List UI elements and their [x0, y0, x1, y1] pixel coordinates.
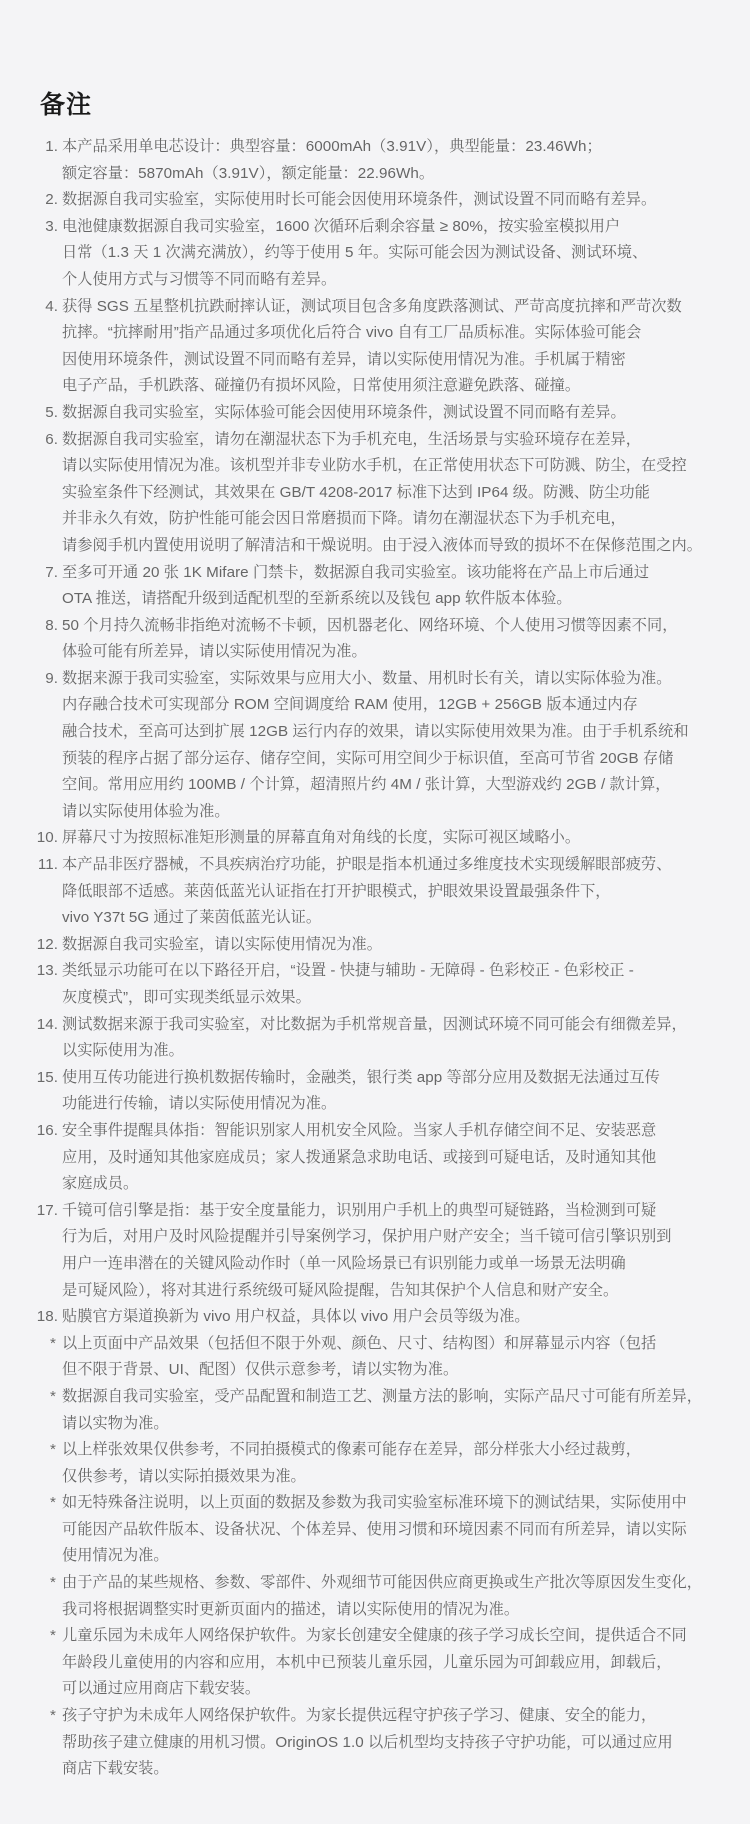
numbered-note-item: 7.至多可开通 20 张 1K Mifare 门禁卡，数据源自我司实验室。该功能…	[0, 560, 750, 613]
note-text-line: 如无特殊备注说明，以上页面的数据及参数为我司实验室标准环境下的测试结果，实际使用…	[62, 1490, 740, 1517]
asterisk-marker: *	[0, 1331, 56, 1358]
numbered-note-item: 13.类纸显示功能可在以下路径开启，“设置 - 快捷与辅助 - 无障碍 - 色彩…	[0, 958, 750, 1011]
footnote-item: *以上页面中产品效果（包括但不限于外观、颜色、尺寸、结构图）和屏幕显示内容（包括…	[0, 1331, 750, 1384]
page-title: 备注	[40, 85, 92, 125]
note-number: 16.	[0, 1118, 58, 1145]
note-text-line: 使用互传功能进行换机数据传输时，金融类，银行类 app 等部分应用及数据无法通过…	[62, 1065, 740, 1092]
numbered-note-item: 16.安全事件提醒具体指：智能识别家人用机安全风险。当家人手机存储空间不足、安装…	[0, 1118, 750, 1198]
note-text-line: 使用情况为准。	[62, 1543, 740, 1570]
note-text-line: 安全事件提醒具体指：智能识别家人用机安全风险。当家人手机存储空间不足、安装恶意	[62, 1118, 740, 1145]
note-number: 8.	[0, 613, 58, 640]
note-number: 17.	[0, 1198, 58, 1225]
note-text-line: 实验室条件下经测试，其效果在 GB/T 4208-2017 标准下达到 IP64…	[62, 480, 740, 507]
note-text-line: 应用，及时通知其他家庭成员；家人拨通紧急求助电话、或接到可疑电话，及时通知其他	[62, 1145, 740, 1172]
note-number: 13.	[0, 958, 58, 985]
note-number: 5.	[0, 400, 58, 427]
note-text-line: 以上样张效果仅供参考，不同拍摄模式的像素可能存在差异，部分样张大小经过裁剪，	[62, 1437, 740, 1464]
note-number: 3.	[0, 214, 58, 241]
note-text-line: 仅供参考，请以实际拍摄效果为准。	[62, 1464, 740, 1491]
note-text-line: 但不限于背景、UI、配图）仅供示意参考，请以实物为准。	[62, 1357, 740, 1384]
footnote-item: *以上样张效果仅供参考，不同拍摄模式的像素可能存在差异，部分样张大小经过裁剪，仅…	[0, 1437, 750, 1490]
note-text-line: 行为后，对用户及时风险提醒并引导案例学习，保护用户财产安全；当千镜可信引擎识别到	[62, 1224, 740, 1251]
note-text-line: 融合技术，至高可达到扩展 12GB 运行内存的效果，请以实际使用效果为准。由于手…	[62, 719, 740, 746]
note-text-line: OTA 推送，请搭配升级到适配机型的至新系统以及钱包 app 软件版本体验。	[62, 586, 740, 613]
note-number: 2.	[0, 187, 58, 214]
note-text-line: 至多可开通 20 张 1K Mifare 门禁卡，数据源自我司实验室。该功能将在…	[62, 560, 740, 587]
asterisk-marker: *	[0, 1703, 56, 1730]
note-text-line: 数据源自我司实验室，请以实际使用情况为准。	[62, 932, 740, 959]
numbered-note-item: 14.测试数据来源于我司实验室，对比数据为手机常规音量，因测试环境不同可能会有细…	[0, 1012, 750, 1065]
note-text-line: 由于产品的某些规格、参数、零部件、外观细节可能因供应商更换或生产批次等原因发生变…	[62, 1570, 740, 1597]
footnote-item: *儿童乐园为未成年人网络保护软件。为家长创建安全健康的孩子学习成长空间，提供适合…	[0, 1623, 750, 1703]
note-text-line: 儿童乐园为未成年人网络保护软件。为家长创建安全健康的孩子学习成长空间，提供适合不…	[62, 1623, 740, 1650]
note-text-line: 屏幕尺寸为按照标准矩形测量的屏幕直角对角线的长度，实际可视区域略小。	[62, 825, 740, 852]
numbered-note-item: 5.数据源自我司实验室，实际体验可能会因使用环境条件，测试设置不同而略有差异。	[0, 400, 750, 427]
note-text-line: 电池健康数据源自我司实验室，1600 次循环后剩余容量 ≥ 80%，按实验室模拟…	[62, 214, 740, 241]
note-text-line: 帮助孩子建立健康的用机习惯。OriginOS 1.0 以后机型均支持孩子守护功能…	[62, 1730, 740, 1757]
asterisk-marker: *	[0, 1623, 56, 1650]
footnote-item: *由于产品的某些规格、参数、零部件、外观细节可能因供应商更换或生产批次等原因发生…	[0, 1570, 750, 1623]
note-text-line: 日常（1.3 天 1 次满充满放），约等于使用 5 年。实际可能会因为测试设备、…	[62, 240, 740, 267]
note-number: 6.	[0, 427, 58, 454]
disclaimer-page: 备注 1.本产品采用单电芯设计：典型容量：6000mAh（3.91V），典型能量…	[0, 0, 750, 1824]
note-text-line: 个人使用方式与习惯等不同而略有差异。	[62, 267, 740, 294]
note-text-line: 请以实际使用体验为准。	[62, 799, 740, 826]
note-text-line: 预装的程序占据了部分运存、储存空间，实际可用空间少于标识值，至高可节省 20GB…	[62, 746, 740, 773]
note-text-line: 数据源自我司实验室，请勿在潮湿状态下为手机充电，生活场景与实验环境存在差异，	[62, 427, 740, 454]
footnote-item: *数据源自我司实验室，受产品配置和制造工艺、测量方法的影响，实际产品尺寸可能有所…	[0, 1384, 750, 1437]
numbered-note-item: 18.贴膜官方渠道换新为 vivo 用户权益，具体以 vivo 用户会员等级为准…	[0, 1304, 750, 1331]
note-text-line: 请参阅手机内置使用说明了解清洁和干燥说明。由于浸入液体而导致的损坏不在保修范围之…	[62, 533, 740, 560]
asterisk-marker: *	[0, 1437, 56, 1464]
asterisk-marker: *	[0, 1384, 56, 1411]
note-text-line: 测试数据来源于我司实验室，对比数据为手机常规音量，因测试环境不同可能会有细微差异…	[62, 1012, 740, 1039]
note-number: 18.	[0, 1304, 58, 1331]
note-text-line: 获得 SGS 五星整机抗跌耐摔认证，测试项目包含多角度跌落测试、严苛高度抗摔和严…	[62, 294, 740, 321]
note-number: 7.	[0, 560, 58, 587]
note-number: 12.	[0, 932, 58, 959]
note-text-line: 是可疑风险），将对其进行系统级可疑风险提醒，告知其保护个人信息和财产安全。	[62, 1278, 740, 1305]
footnote-item: *孩子守护为未成年人网络保护软件。为家长提供远程守护孩子学习、健康、安全的能力，…	[0, 1703, 750, 1783]
note-text-line: 体验可能有所差异，请以实际使用情况为准。	[62, 639, 740, 666]
note-number: 11.	[0, 852, 58, 879]
note-text-line: 用户一连串潜在的关键风险动作时（单一风险场景已有识别能力或单一场景无法明确	[62, 1251, 740, 1278]
numbered-note-item: 4.获得 SGS 五星整机抗跌耐摔认证，测试项目包含多角度跌落测试、严苛高度抗摔…	[0, 294, 750, 400]
numbered-note-item: 17.千镜可信引擎是指：基于安全度量能力，识别用户手机上的典型可疑链路，当检测到…	[0, 1198, 750, 1304]
note-text-line: 功能进行传输，请以实际使用情况为准。	[62, 1091, 740, 1118]
note-text-line: 孩子守护为未成年人网络保护软件。为家长提供远程守护孩子学习、健康、安全的能力，	[62, 1703, 740, 1730]
note-text-line: 50 个月持久流畅非指绝对流畅不卡顿，因机器老化、网络环境、个人使用习惯等因素不…	[62, 613, 740, 640]
note-text-line: 千镜可信引擎是指：基于安全度量能力，识别用户手机上的典型可疑链路，当检测到可疑	[62, 1198, 740, 1225]
numbered-note-item: 9.数据来源于我司实验室，实际效果与应用大小、数量、用机时长有关，请以实际体验为…	[0, 666, 750, 826]
note-text-line: 请以实际使用情况为准。该机型并非专业防水手机，在正常使用状态下可防溅、防尘，在受…	[62, 453, 740, 480]
note-number: 4.	[0, 294, 58, 321]
note-text-line: 灰度模式”，即可实现类纸显示效果。	[62, 985, 740, 1012]
note-text-line: 数据来源于我司实验室，实际效果与应用大小、数量、用机时长有关，请以实际体验为准。	[62, 666, 740, 693]
footnote-item: *如无特殊备注说明，以上页面的数据及参数为我司实验室标准环境下的测试结果，实际使…	[0, 1490, 750, 1570]
note-text-line: 年龄段儿童使用的内容和应用，本机中已预装儿童乐园，儿童乐园为可卸载应用，卸载后，	[62, 1650, 740, 1677]
note-number: 9.	[0, 666, 58, 693]
numbered-note-item: 12.数据源自我司实验室，请以实际使用情况为准。	[0, 932, 750, 959]
asterisk-marker: *	[0, 1570, 56, 1597]
note-text-line: 数据源自我司实验室，实际使用时长可能会因使用环境条件，测试设置不同而略有差异。	[62, 187, 740, 214]
note-text-line: 可能因产品软件版本、设备状况、个体差异、使用习惯和环境因素不同而有所差异，请以实…	[62, 1517, 740, 1544]
numbered-note-item: 3.电池健康数据源自我司实验室，1600 次循环后剩余容量 ≥ 80%，按实验室…	[0, 214, 750, 294]
note-text-line: 抗摔。“抗摔耐用”指产品通过多项优化后符合 vivo 自有工厂品质标准。实际体验…	[62, 320, 740, 347]
numbered-note-item: 1.本产品采用单电芯设计：典型容量：6000mAh（3.91V），典型能量：23…	[0, 134, 750, 187]
numbered-note-item: 8.50 个月持久流畅非指绝对流畅不卡顿，因机器老化、网络环境、个人使用习惯等因…	[0, 613, 750, 666]
note-number: 10.	[0, 825, 58, 852]
note-text-line: 降低眼部不适感。莱茵低蓝光认证指在打开护眼模式，护眼效果设置最强条件下，	[62, 879, 740, 906]
note-text-line: 电子产品，手机跌落、碰撞仍有损坏风险，日常使用须注意避免跌落、碰撞。	[62, 373, 740, 400]
note-text-line: 数据源自我司实验室，实际体验可能会因使用环境条件，测试设置不同而略有差异。	[62, 400, 740, 427]
note-text-line: 以实际使用为准。	[62, 1038, 740, 1065]
note-text-line: 本产品非医疗器械，不具疾病治疗功能，护眼是指本机通过多维度技术实现缓解眼部疲劳、	[62, 852, 740, 879]
notes-list: 1.本产品采用单电芯设计：典型容量：6000mAh（3.91V），典型能量：23…	[0, 134, 750, 1783]
note-text-line: 可以通过应用商店下载安装。	[62, 1676, 740, 1703]
numbered-note-item: 10.屏幕尺寸为按照标准矩形测量的屏幕直角对角线的长度，实际可视区域略小。	[0, 825, 750, 852]
note-number: 15.	[0, 1065, 58, 1092]
note-text-line: 本产品采用单电芯设计：典型容量：6000mAh（3.91V），典型能量：23.4…	[62, 134, 740, 161]
note-text-line: 我司将根据调整实时更新页面内的描述，请以实际使用的情况为准。	[62, 1597, 740, 1624]
numbered-note-item: 15.使用互传功能进行换机数据传输时，金融类，银行类 app 等部分应用及数据无…	[0, 1065, 750, 1118]
note-text-line: 贴膜官方渠道换新为 vivo 用户权益，具体以 vivo 用户会员等级为准。	[62, 1304, 740, 1331]
numbered-note-item: 11.本产品非医疗器械，不具疾病治疗功能，护眼是指本机通过多维度技术实现缓解眼部…	[0, 852, 750, 932]
note-text-line: 并非永久有效，防护性能可能会因日常磨损而下降。请勿在潮湿状态下为手机充电，	[62, 506, 740, 533]
note-text-line: 商店下载安装。	[62, 1756, 740, 1783]
note-text-line: 数据源自我司实验室，受产品配置和制造工艺、测量方法的影响，实际产品尺寸可能有所差…	[62, 1384, 740, 1411]
asterisk-marker: *	[0, 1490, 56, 1517]
note-number: 1.	[0, 134, 58, 161]
note-number: 14.	[0, 1012, 58, 1039]
note-text-line: vivo Y37t 5G 通过了莱茵低蓝光认证。	[62, 905, 740, 932]
note-text-line: 类纸显示功能可在以下路径开启，“设置 - 快捷与辅助 - 无障碍 - 色彩校正 …	[62, 958, 740, 985]
note-text-line: 以上页面中产品效果（包括但不限于外观、颜色、尺寸、结构图）和屏幕显示内容（包括	[62, 1331, 740, 1358]
note-text-line: 家庭成员。	[62, 1171, 740, 1198]
note-text-line: 内存融合技术可实现部分 ROM 空间调度给 RAM 使用，12GB + 256G…	[62, 692, 740, 719]
note-text-line: 因使用环境条件，测试设置不同而略有差异，请以实际使用情况为准。手机属于精密	[62, 347, 740, 374]
numbered-note-item: 2.数据源自我司实验室，实际使用时长可能会因使用环境条件，测试设置不同而略有差异…	[0, 187, 750, 214]
note-text-line: 额定容量：5870mAh（3.91V），额定能量：22.96Wh。	[62, 161, 740, 188]
numbered-note-item: 6.数据源自我司实验室，请勿在潮湿状态下为手机充电，生活场景与实验环境存在差异，…	[0, 427, 750, 560]
note-text-line: 请以实物为准。	[62, 1411, 740, 1438]
note-text-line: 空间。常用应用约 100MB / 个计算，超清照片约 4M / 张计算，大型游戏…	[62, 772, 740, 799]
